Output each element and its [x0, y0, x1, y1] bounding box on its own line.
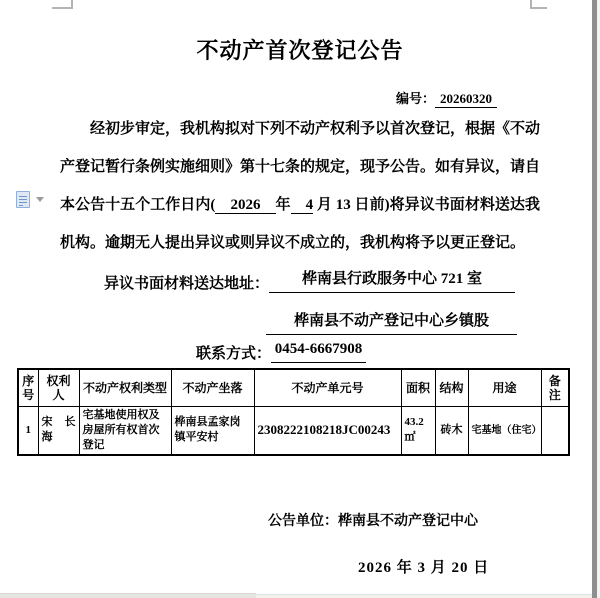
paragraph-line: 本公告十五个工作日内( 2026 年 4 月 13 日前)将异议书面材料送达我 — [60, 186, 540, 224]
year-blank-field: 2026 — [215, 197, 275, 214]
registration-table: 序号权利人不动产权利类型不动产坐落不动产单元号面积结构用途备注 1宋 长海宅基地… — [17, 368, 570, 456]
table-cell: 2308222108218JC00243 — [254, 406, 401, 455]
table-header-cell: 结构 — [435, 369, 468, 406]
announcement-date: 2026 年 3 月 20 日 — [358, 556, 489, 577]
chevron-down-icon[interactable] — [36, 197, 44, 202]
table-header-cell: 用途 — [468, 369, 541, 406]
table-header-cell: 不动产坐落 — [171, 369, 254, 406]
table-header-cell: 不动产单元号 — [254, 369, 401, 406]
line3-text: 本公告十五个工作日内( — [60, 197, 215, 213]
table-header-cell: 备注 — [541, 369, 569, 406]
table-cell: 宅基地使用权及房屋所有权首次登记 — [79, 406, 171, 455]
document-number-line: 编号：20260320 — [396, 88, 497, 108]
margin-mark-top-left-icon — [52, 0, 73, 9]
table-row: 1宋 长海宅基地使用权及房屋所有权首次登记桦南县孟家岗镇平安村230822210… — [18, 406, 569, 455]
page-bottom-edge-left — [0, 593, 256, 598]
contact-line: 联系方式：0454-6667908 — [196, 336, 366, 363]
document-page: 不动产首次登记公告 编号：20260320 经初步审定，我机构拟对下列不动产权利… — [0, 0, 600, 598]
number-value: 20260320 — [435, 91, 497, 108]
line3-text: 月 13 日前)将异议书面材料送达我 — [313, 197, 540, 213]
objection-address-line2: 桦南县不动产登记中心乡镇股 — [266, 308, 517, 335]
table-header-cell: 面积 — [401, 369, 435, 406]
document-icon[interactable] — [16, 191, 30, 208]
body-paragraph: 经初步审定，我机构拟对下列不动产权利予以首次登记，根据《不动 产登记暂行条例实施… — [60, 110, 540, 262]
table-cell: 宅基地（住宅） — [468, 406, 541, 455]
announcing-unit: 公告单位：桦南县不动产登记中心 — [268, 510, 478, 530]
table-cell — [541, 406, 569, 455]
page-title: 不动产首次登记公告 — [60, 34, 540, 65]
objection-address-value: 桦南县行政服务中心 721 室 — [269, 266, 515, 293]
paragraph-line: 经初步审定，我机构拟对下列不动产权利予以首次登记，根据《不动 — [60, 110, 540, 148]
table-cell: 砖木 — [435, 406, 468, 455]
paragraph-line: 产登记暂行条例实施细则》第十七条的规定，现予公告。如有异议，请自 — [60, 148, 540, 186]
table-cell: 宋 长海 — [38, 406, 79, 455]
table-header-row: 序号权利人不动产权利类型不动产坐落不动产单元号面积结构用途备注 — [18, 369, 569, 406]
table-cell: 1 — [18, 406, 38, 455]
paste-options-button[interactable] — [15, 191, 45, 209]
table-cell: 43.2㎡ — [401, 406, 435, 455]
table-cell: 桦南县孟家岗镇平安村 — [171, 406, 254, 455]
table-header-cell: 序号 — [18, 369, 38, 406]
paragraph-line: 机构。逾期无人提出异议或则异议不成立的，我机构将予以更正登记。 — [60, 224, 540, 262]
number-label: 编号： — [396, 91, 435, 106]
month-blank-field: 4 — [291, 197, 314, 214]
contact-value: 0454-6667908 — [271, 336, 366, 363]
objection-address-label: 异议书面材料送达地址： — [104, 276, 269, 292]
page-bottom-edge-right — [256, 594, 592, 598]
line3-text: 年 — [276, 197, 291, 213]
table-header-cell: 不动产权利类型 — [79, 369, 171, 406]
margin-mark-top-right-icon — [530, 0, 547, 9]
contact-label: 联系方式： — [196, 346, 271, 362]
objection-address-line: 异议书面材料送达地址：桦南县行政服务中心 721 室 — [104, 266, 515, 293]
table-header-cell: 权利人 — [38, 369, 79, 406]
objection-address-value2: 桦南县不动产登记中心乡镇股 — [266, 308, 517, 335]
